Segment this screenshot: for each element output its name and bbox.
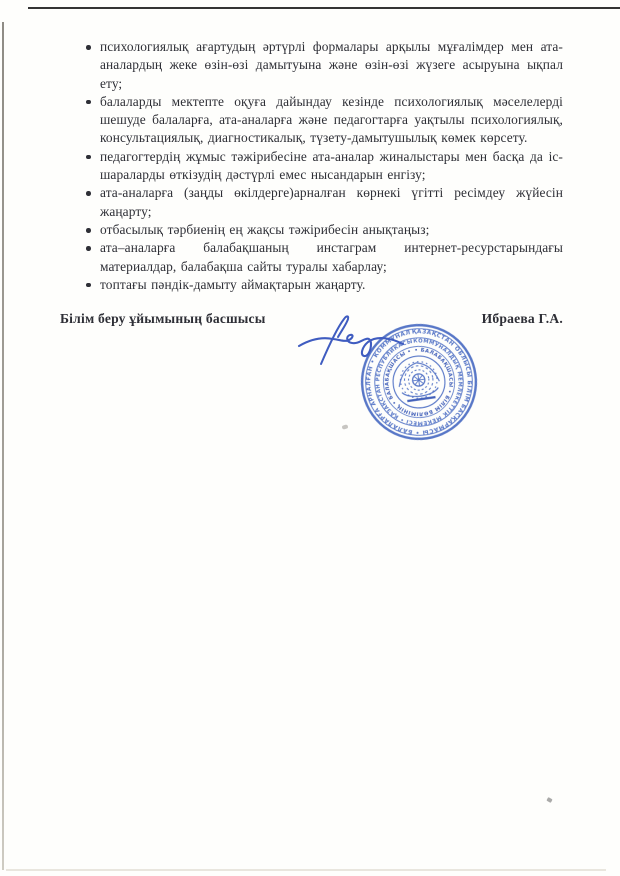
signatory-title: Білім беру ұйымының басшысы [60, 311, 266, 327]
bullet-item: психологиялық ағартудың әртүрлі формалар… [100, 38, 563, 93]
scan-edge-bottom [6, 869, 606, 871]
bullet-item: топтағы пәндік-дамыту аймақтарын жаңарту… [100, 276, 563, 294]
bullet-item: ата–аналарға балабақшаның инстаграм инте… [100, 239, 563, 276]
signatory-name: Ибраева Г.А. [482, 311, 563, 327]
bullet-list: психологиялық ағартудың әртүрлі формалар… [60, 38, 563, 294]
scan-edge-top [28, 7, 620, 9]
bullet-item: ата-аналарға (заңды өкілдерге)арналған к… [100, 184, 563, 221]
bullet-item: отбасылық тәрбиенің ең жақсы тәжірибесін… [100, 221, 563, 239]
scan-edge-left [2, 22, 4, 870]
signature-ink [293, 310, 411, 368]
bullet-item: педагогтердің жұмыс тәжірибесіне ата-ана… [100, 148, 563, 185]
pencil-mark [342, 424, 349, 429]
document-page: психологиялық ағартудың әртүрлі формалар… [60, 38, 563, 327]
bullet-item: балаларды мектепте оқуға дайындау кезінд… [100, 93, 563, 148]
scan-speck [546, 797, 552, 803]
